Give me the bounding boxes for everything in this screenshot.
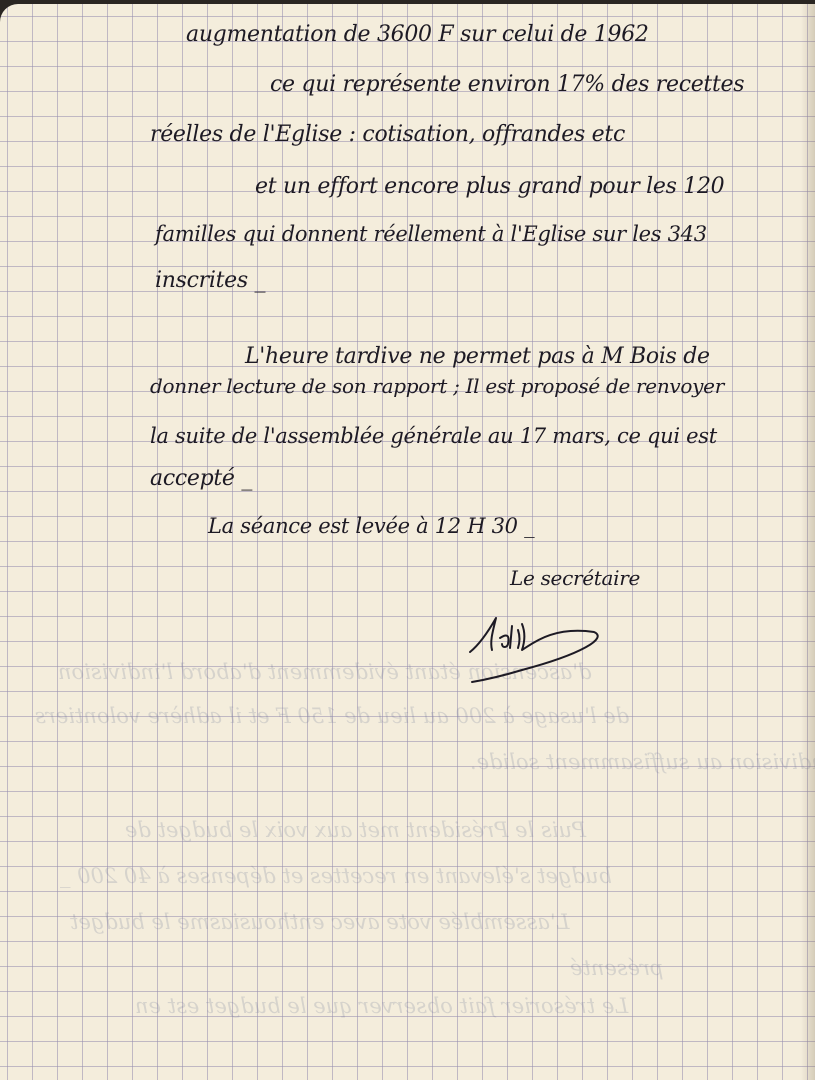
- notebook-page: d'ascension étant évidemment d'abord l'i…: [0, 4, 815, 1080]
- handwritten-line: donner lecture de son rapport ; Il est p…: [150, 374, 724, 398]
- handwritten-line: familles qui donnent réellement à l'Egli…: [155, 222, 707, 246]
- handwritten-line: la suite de l'assemblée générale au 17 m…: [150, 424, 717, 448]
- bleed-line: de l'usage à 200 au lieu de 150 F et il …: [35, 704, 629, 728]
- bleed-through-text: d'ascension étant évidemment d'abord l'i…: [0, 4, 815, 1080]
- handwritten-line: ce qui représente environ 17% des recett…: [270, 72, 744, 97]
- handwritten-line: accepté _: [150, 466, 252, 491]
- handwritten-line: inscrites _: [155, 268, 265, 293]
- bleed-line: présenté: [570, 956, 664, 980]
- handwritten-line: Le secrétaire: [510, 566, 640, 590]
- handwritten-line: La séance est levée à 12 H 30 _: [208, 514, 534, 538]
- handwritten-line: et un effort encore plus grand pour les …: [255, 174, 724, 199]
- bleed-line: budget s'élevant en recettes et dépenses…: [60, 864, 612, 888]
- bleed-line: à l'indivision au suffisamment solide.: [470, 750, 815, 774]
- bleed-line: Le trésorier fait observer que le budget…: [135, 994, 628, 1018]
- handwritten-line: augmentation de 3600 F sur celui de 1962: [186, 22, 649, 47]
- bleed-line: L'assemblée vote avec enthousiasme le bu…: [70, 910, 570, 934]
- handwritten-line: L'heure tardive ne permet pas à M Bois d…: [245, 344, 710, 369]
- bleed-line: Puis le Président met aux voix le budget…: [125, 818, 586, 842]
- signature-icon: [462, 604, 612, 684]
- handwritten-line: réelles de l'Eglise : cotisation, offran…: [150, 122, 625, 147]
